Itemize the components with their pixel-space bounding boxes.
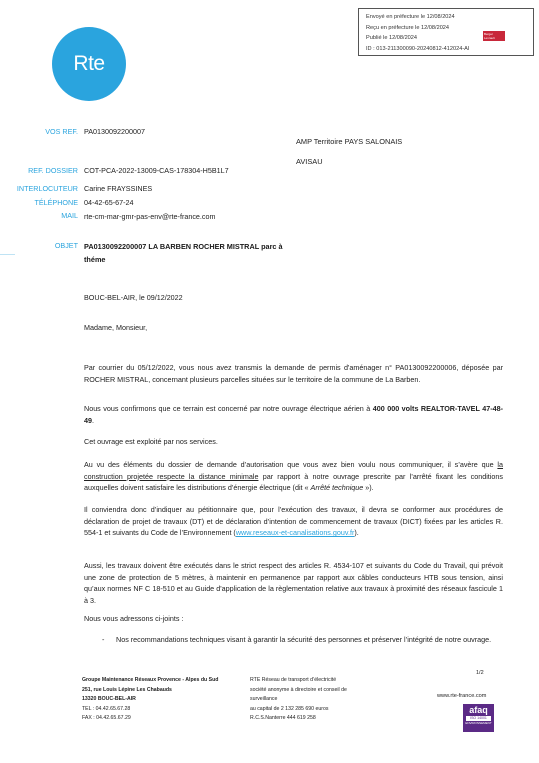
footer-company: RTE Réseau de transport d’électricité so… [250, 676, 347, 724]
paragraph-1-text: Par courrier du 05/12/2022, vous nous av… [84, 362, 503, 385]
reseaux-link[interactable]: www.reseaux-et-canalisations.gouv.fr [236, 528, 355, 537]
afaq-env: ENVIRONNEMENT [463, 721, 494, 726]
place-date-text: BOUC-BEL-AIR, le 09/12/2022 [84, 292, 503, 304]
p4-text-a: Au vu des éléments du dossier de demande… [84, 460, 497, 469]
stamp-id: ID : 013-211300090-20240812-412024-AI [366, 44, 533, 55]
objet-value: PA0130092200007 LA BARBEN ROCHER MISTRAL… [84, 240, 284, 266]
dash-bullet-icon: - [102, 634, 104, 646]
berger-levrault-logo-icon: Berger Levrault [483, 31, 505, 41]
footer-city: 13320 BOUC-BEL-AIR [82, 695, 218, 705]
page-number: 1/2 [476, 670, 484, 676]
prefecture-stamp: Envoyé en préfecture le 12/08/2024 Reçu … [358, 8, 534, 56]
interlocuteur-label: INTERLOCUTEUR [17, 184, 78, 193]
paragraph-2: Nous vous confirmons que ce terrain est … [84, 403, 503, 426]
paragraph-3: Cet ouvrage est exploité par nos service… [84, 436, 503, 448]
p4-italic: Arrêté technique [311, 483, 364, 492]
afaq-iso-logo-icon: afaq ISO 14001 ENVIRONNEMENT [463, 704, 494, 732]
stamp-sent: Envoyé en préfecture le 12/08/2024 [366, 12, 533, 23]
telephone-value: 04-42-65-67-24 [84, 198, 134, 207]
telephone-label: TÉLÉPHONE [34, 198, 78, 207]
salutation: Madame, Monsieur, [84, 322, 503, 334]
margin-rule [0, 254, 15, 255]
stamp-received: Reçu en préfecture le 12/08/2024 [366, 23, 533, 34]
footer-company-name: RTE Réseau de transport d’électricité [250, 676, 347, 686]
footer-org: Groupe Maintenance Réseaux Provence - Al… [82, 676, 218, 686]
afaq-title: afaq [463, 704, 494, 716]
footer-tel: TEL : 04.42.65.67.28 [82, 705, 218, 715]
paragraph-3-text: Cet ouvrage est exploité par nos service… [84, 436, 503, 448]
website-link[interactable]: www.rte-france.com [437, 693, 486, 699]
paragraph-7: Nous vous adressons ci-joints : [84, 613, 503, 625]
salutation-text: Madame, Monsieur, [84, 322, 503, 334]
recipient-line-1: AMP Territoire PAYS SALONAIS [296, 137, 402, 146]
list-item-text: Nos recommandations techniques visant à … [116, 634, 503, 646]
ref-dossier-value: COT-PCA-2022-13009-CAS-178304-H5B1L7 [84, 166, 229, 175]
p5-text-c: ). [354, 528, 358, 537]
footer-fax: FAX : 04.42.65.67.29 [82, 714, 218, 724]
rte-logo: Rte [52, 27, 126, 101]
footer-capital: au capital de 2 132 285 690 euros [250, 705, 347, 715]
paragraph-6: Aussi, les travaux doivent être exécutés… [84, 560, 503, 606]
paragraph-5: Il conviendra donc d’indiquer au pétitio… [84, 504, 503, 539]
stamp-published: Publié le 12/08/2024 [366, 33, 533, 44]
footer-company-type-2: surveillance [250, 695, 347, 705]
p2-end: . [92, 416, 94, 425]
footer-street: 251, rue Louis Lépine Les Chabauds [82, 686, 218, 696]
footer-address: Groupe Maintenance Réseaux Provence - Al… [82, 676, 218, 724]
paragraph-1: Par courrier du 05/12/2022, vous nous av… [84, 362, 503, 385]
footer-rcs: R.C.S.Nanterre 444 619 258 [250, 714, 347, 724]
p2-text: Nous vous confirmons que ce terrain est … [84, 404, 373, 413]
footer-company-type: société anonyme à directoire et conseil … [250, 686, 347, 696]
recipient-line-2: AVISAU [296, 157, 323, 166]
mail-value[interactable]: rte-cm-mar-gmr-pas-env@rte-france.com [84, 212, 216, 221]
ref-dossier-label: REF. DOSSIER [28, 166, 78, 175]
vos-ref-label: VOS REF. [45, 127, 78, 136]
objet-label: OBJET [55, 241, 78, 250]
interlocuteur-value: Carine FRAYSSINES [84, 184, 152, 193]
p4-text-e: »). [363, 483, 373, 492]
mail-label: MAIL [61, 211, 78, 220]
place-date: BOUC-BEL-AIR, le 09/12/2022 [84, 292, 503, 304]
vos-ref-value: PA0130092200007 [84, 127, 145, 136]
paragraph-7-text: Nous vous adressons ci-joints : [84, 613, 503, 625]
paragraph-4: Au vu des éléments du dossier de demande… [84, 459, 503, 494]
paragraph-6-text: Aussi, les travaux doivent être exécutés… [84, 560, 503, 606]
